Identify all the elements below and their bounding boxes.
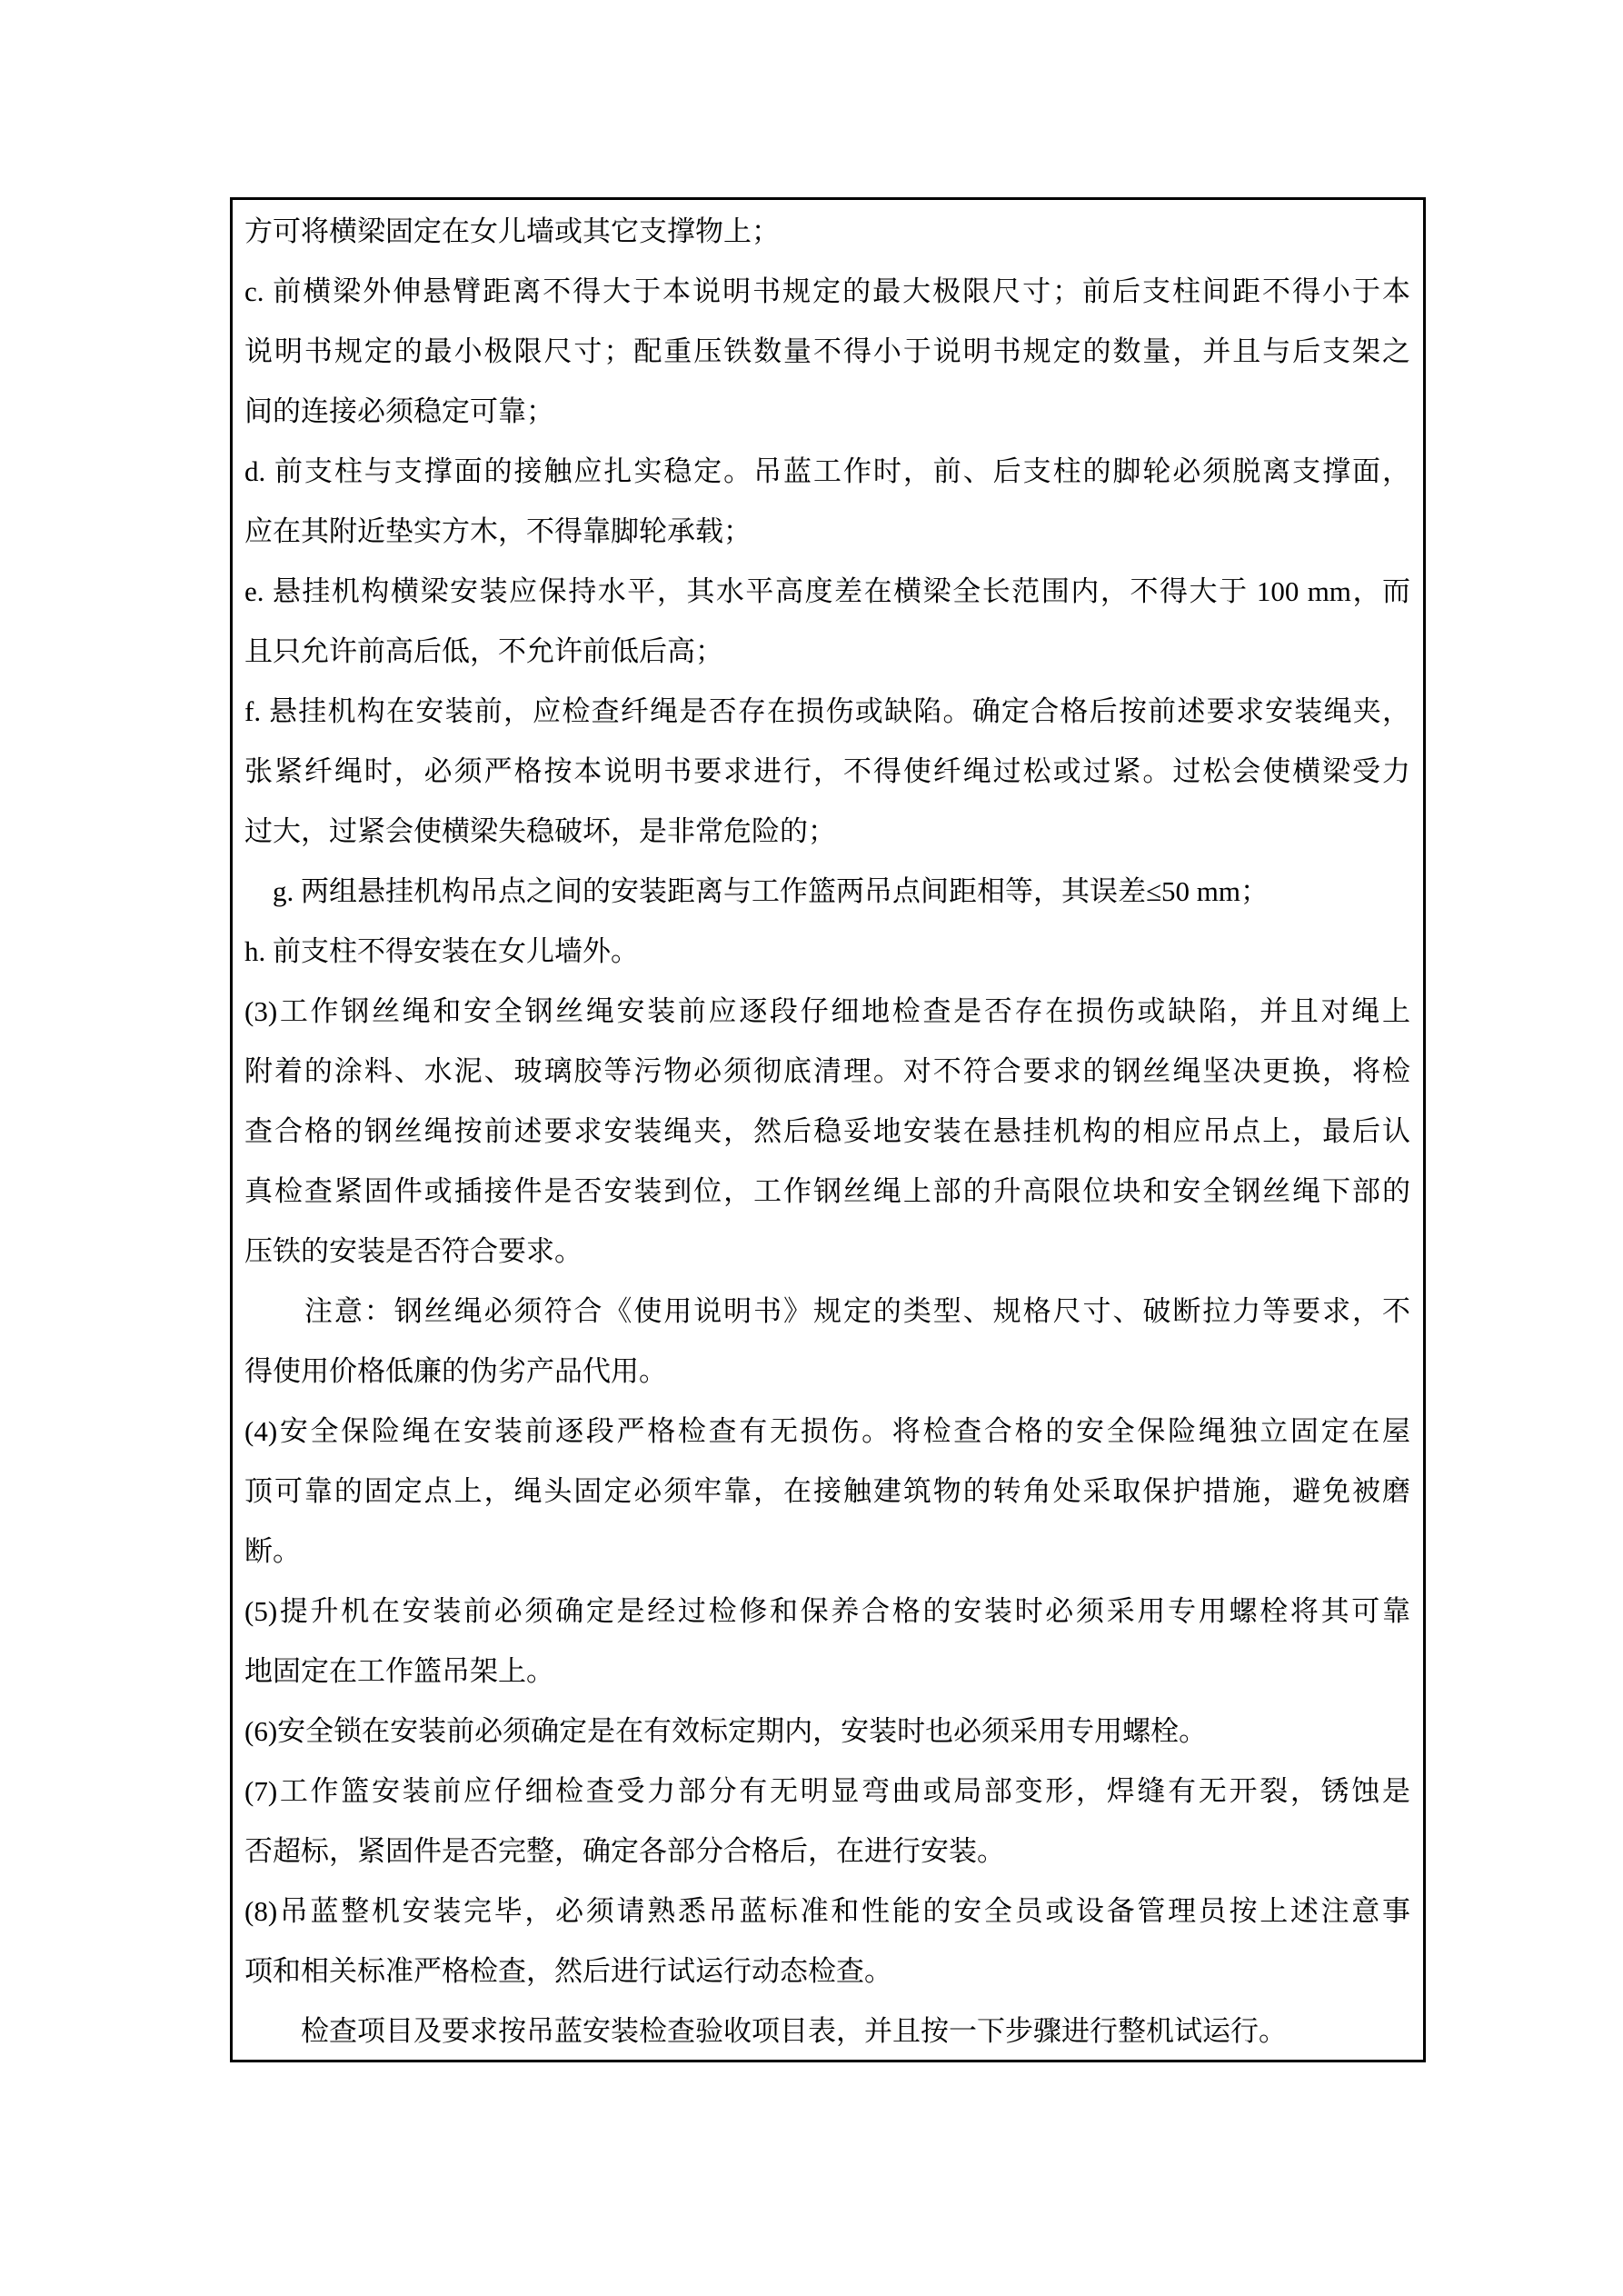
text-line: 断。 <box>244 1522 1410 1582</box>
text-line: (5)提升机在安装前必须确定是经过检修和保养合格的安装时必须采用专用螺栓将其可靠 <box>244 1582 1410 1642</box>
text-line: 真检查紧固件或插接件是否安装到位，工作钢丝绳上部的升高限位块和安全钢丝绳下部的 <box>244 1162 1410 1222</box>
text-line: 应在其附近垫实方木，不得靠脚轮承载； <box>244 502 1410 562</box>
text-line: d. 前支柱与支撑面的接触应扎实稳定。吊蓝工作时，前、后支柱的脚轮必须脱离支撑面… <box>244 442 1410 502</box>
bordered-text-block: 方可将横梁固定在女儿墙或其它支撑物上；c. 前横梁外伸悬臂距离不得大于本说明书规… <box>230 197 1426 2062</box>
text-line: 检查项目及要求按吊蓝安装检查验收项目表，并且按一下步骤进行整机试运行。 <box>244 2002 1410 2061</box>
text-line: 张紧纤绳时，必须严格按本说明书要求进行，不得使纤绳过松或过紧。过松会使横梁受力 <box>244 742 1410 802</box>
text-line: (6)安全锁在安装前必须确定是在有效标定期内，安装时也必须采用专用螺栓。 <box>244 1702 1410 1762</box>
document-page: 方可将横梁固定在女儿墙或其它支撑物上；c. 前横梁外伸悬臂距离不得大于本说明书规… <box>0 0 1623 2296</box>
text-line: c. 前横梁外伸悬臂距离不得大于本说明书规定的最大极限尺寸；前后支柱间距不得小于… <box>244 262 1410 322</box>
text-line: 查合格的钢丝绳按前述要求安装绳夹，然后稳妥地安装在悬挂机构的相应吊点上，最后认 <box>244 1102 1410 1162</box>
text-line: 得使用价格低廉的伪劣产品代用。 <box>244 1342 1410 1402</box>
text-line: 且只允许前高后低，不允许前低后高； <box>244 622 1410 682</box>
text-line: g. 两组悬挂机构吊点之间的安装距离与工作篮两吊点间距相等，其误差≤50 mm； <box>244 862 1410 922</box>
text-line: h. 前支柱不得安装在女儿墙外。 <box>244 922 1410 982</box>
text-line: f. 悬挂机构在安装前，应检查纤绳是否存在损伤或缺陷。确定合格后按前述要求安装绳… <box>244 682 1410 742</box>
text-line: 方可将横梁固定在女儿墙或其它支撑物上； <box>244 202 1410 262</box>
text-line: 注意：钢丝绳必须符合《使用说明书》规定的类型、规格尺寸、破断拉力等要求，不 <box>244 1282 1410 1342</box>
text-line: 附着的涂料、水泥、玻璃胶等污物必须彻底清理。对不符合要求的钢丝绳坚决更换，将检 <box>244 1042 1410 1102</box>
text-line: (7)工作篮安装前应仔细检查受力部分有无明显弯曲或局部变形，焊缝有无开裂，锈蚀是 <box>244 1762 1410 1822</box>
text-line: 压铁的安装是否符合要求。 <box>244 1222 1410 1282</box>
text-line: (3)工作钢丝绳和安全钢丝绳安装前应逐段仔细地检查是否存在损伤或缺陷，并且对绳上 <box>244 982 1410 1042</box>
text-line: 过大，过紧会使横梁失稳破坏，是非常危险的； <box>244 802 1410 862</box>
text-line: e. 悬挂机构横梁安装应保持水平，其水平高度差在横梁全长范围内，不得大于 100… <box>244 562 1410 622</box>
text-line: (8)吊蓝整机安装完毕，必须请熟悉吊蓝标准和性能的安全员或设备管理员按上述注意事 <box>244 1882 1410 1942</box>
text-line: (4)安全保险绳在安装前逐段严格检查有无损伤。将检查合格的安全保险绳独立固定在屋 <box>244 1402 1410 1462</box>
text-line: 间的连接必须稳定可靠； <box>244 382 1410 442</box>
text-line: 顶可靠的固定点上，绳头固定必须牢靠，在接触建筑物的转角处采取保护措施，避免被磨 <box>244 1462 1410 1522</box>
text-line: 地固定在工作篮吊架上。 <box>244 1642 1410 1702</box>
text-line: 项和相关标准严格检查，然后进行试运行动态检查。 <box>244 1942 1410 2002</box>
text-line: 否超标，紧固件是否完整，确定各部分合格后，在进行安装。 <box>244 1822 1410 1882</box>
text-line: 说明书规定的最小极限尺寸；配重压铁数量不得小于说明书规定的数量，并且与后支架之 <box>244 322 1410 382</box>
